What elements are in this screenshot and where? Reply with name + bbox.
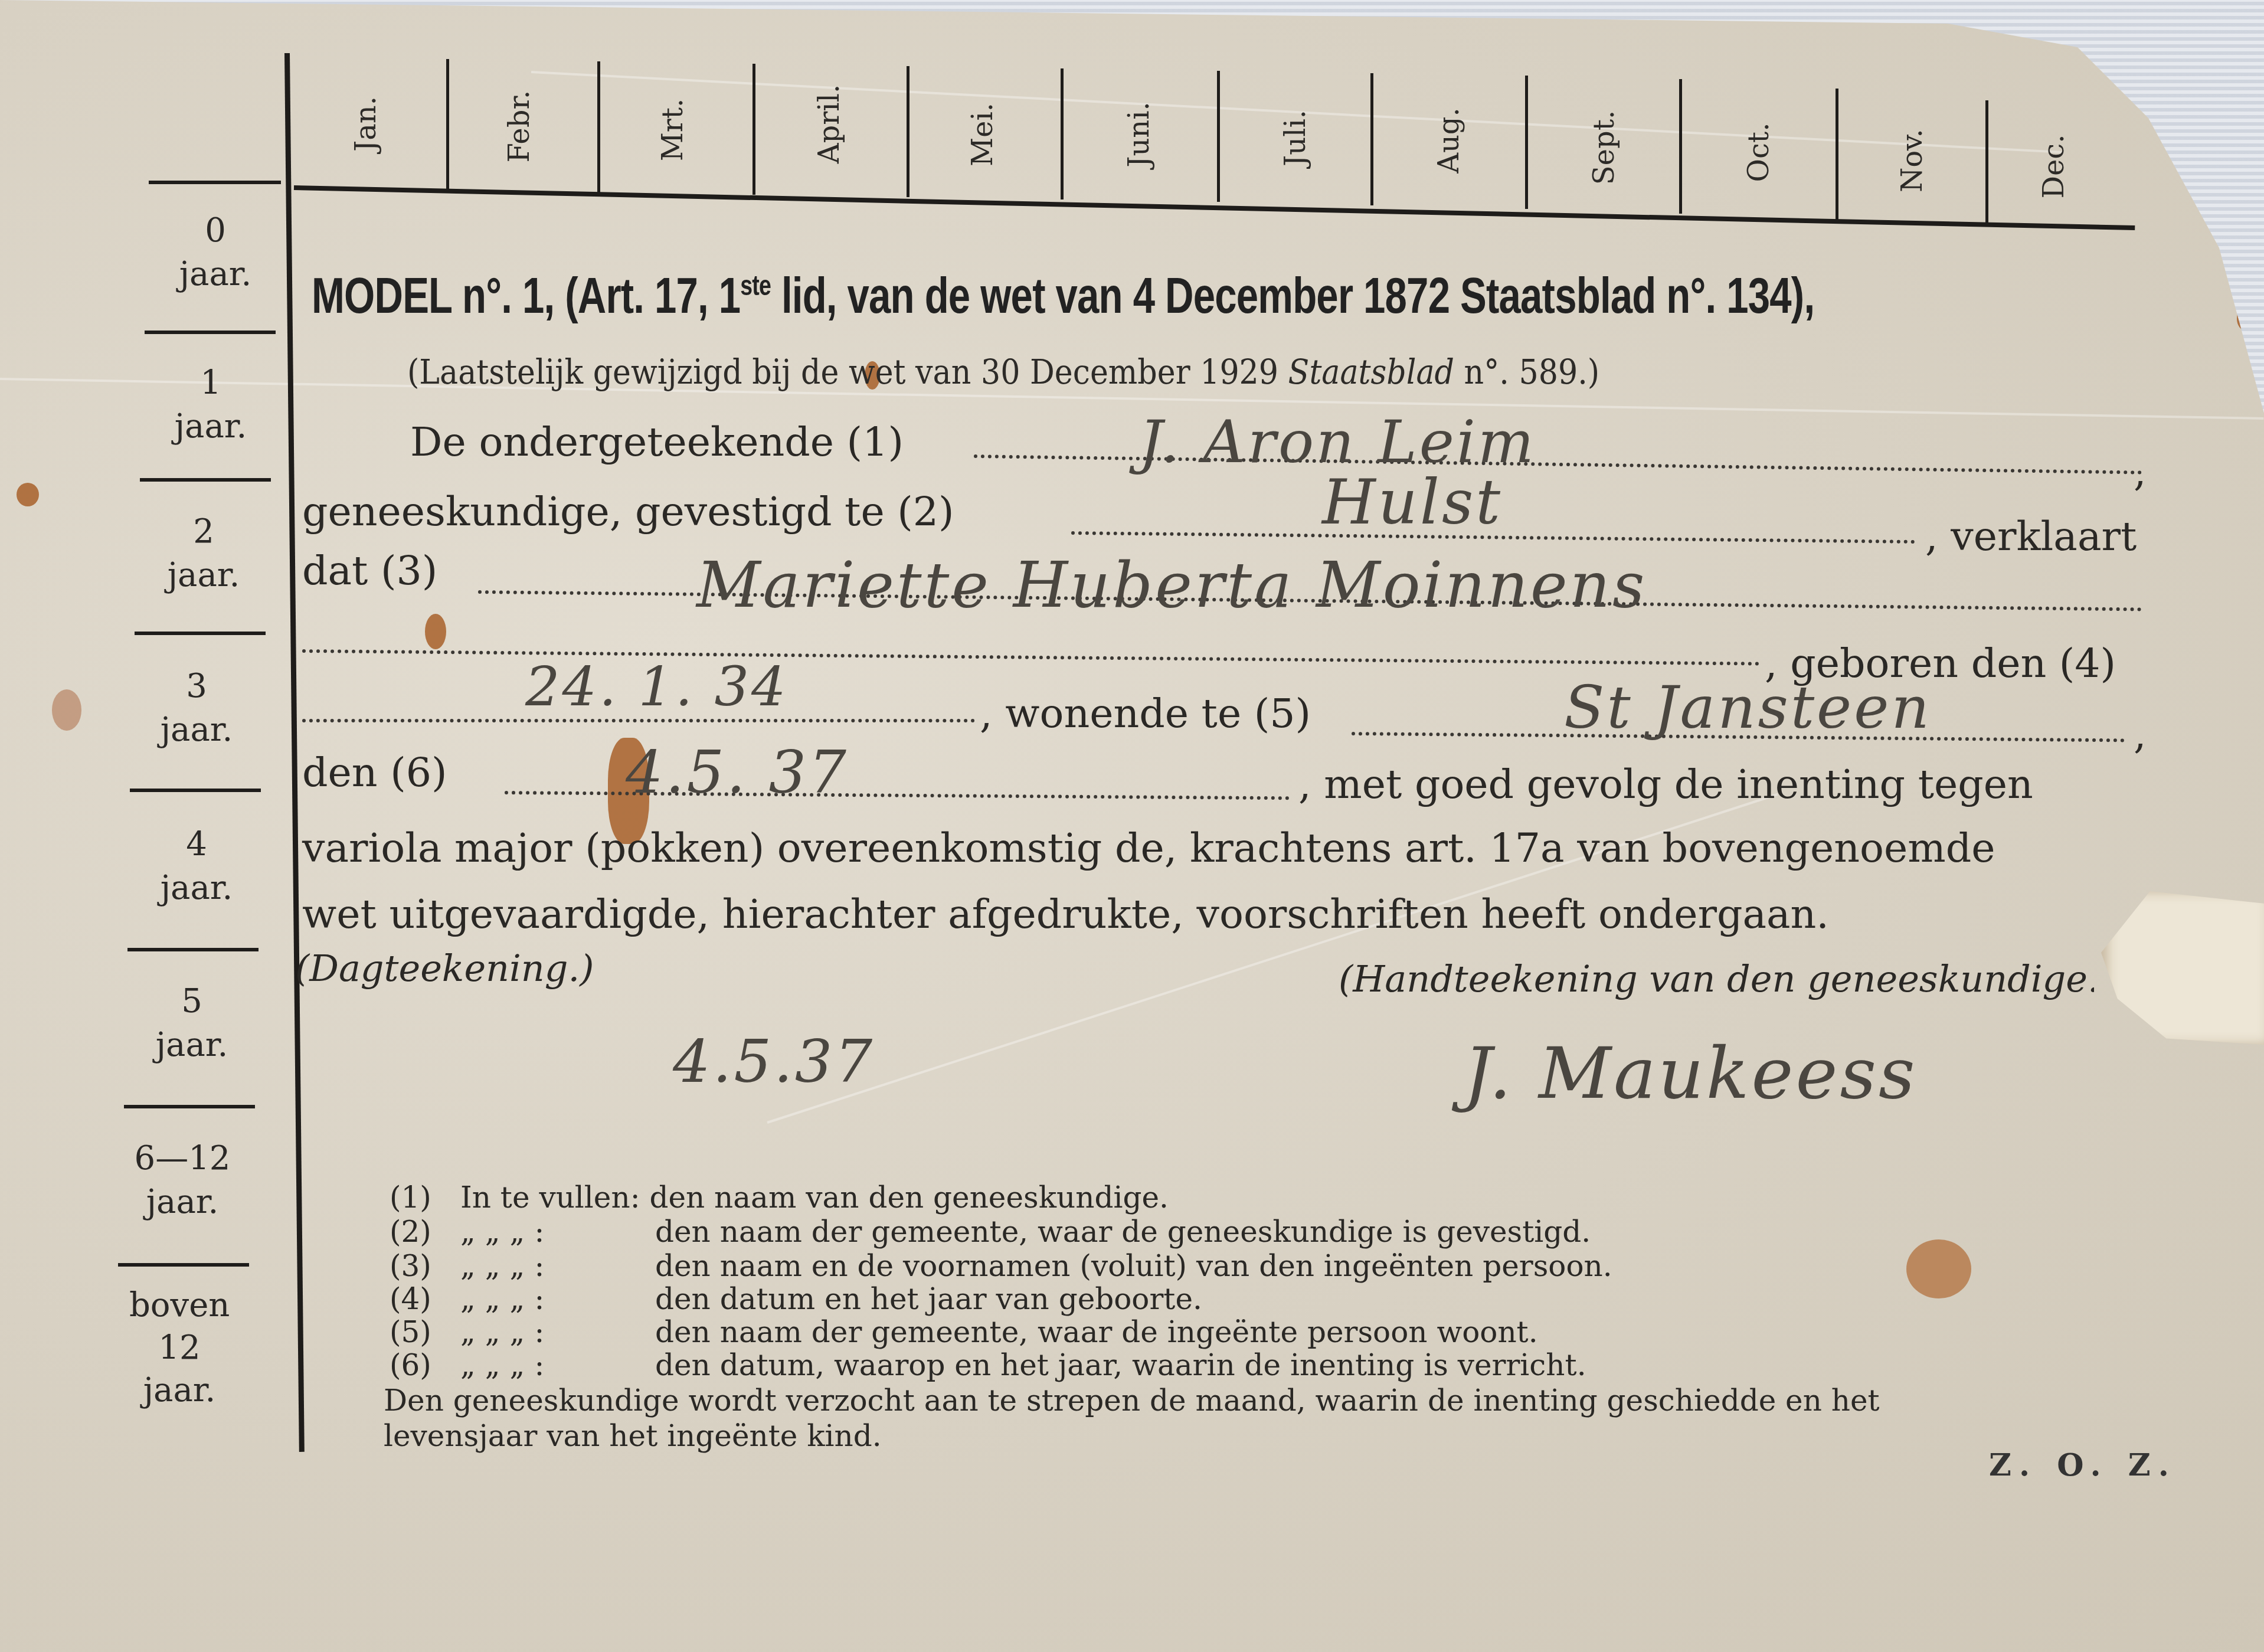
month-divider <box>446 59 449 190</box>
rust-stain <box>425 614 446 649</box>
month-nov: Nov. <box>1889 96 1936 225</box>
age-3: 3jaar. <box>123 665 270 752</box>
fill-line <box>302 649 1760 666</box>
month-apr: April. <box>806 59 853 189</box>
month-divider <box>597 61 600 192</box>
age-5: 5jaar. <box>118 980 266 1067</box>
vaccinee-label: dat (3) <box>302 548 437 594</box>
month-dec: Dec. <box>2030 102 2077 231</box>
residence-label: , wonende te (5) <box>980 691 1311 737</box>
turn-over-marker: Z. O. Z. <box>1989 1447 2177 1483</box>
age-row-divider <box>149 181 281 184</box>
vaccination-date-label: den (6) <box>302 750 447 796</box>
torn-paper-area <box>2101 891 2264 1045</box>
month-divider <box>1836 89 1838 220</box>
statement-line-8: wet uitgevaardigde, hierachter afgedrukt… <box>302 891 1829 938</box>
footnote-1: (1)In te vullen: den naam van den genees… <box>390 1180 1169 1215</box>
birth-date-handwritten: 24. 1. 34 <box>525 655 789 718</box>
fill-line <box>302 719 975 722</box>
rust-stain <box>17 483 39 506</box>
age-over-12: boven 12jaar. <box>109 1284 250 1412</box>
line5-comma: , <box>2134 711 2147 758</box>
vaccinee-name-handwritten: Mariette Huberta Moinnens <box>696 549 1647 621</box>
success-statement: , met goed gevolg de inenting tegen <box>1298 761 2033 808</box>
month-divider <box>1217 71 1220 202</box>
physician-signature: J. Maukeess <box>1464 1033 1918 1115</box>
vaccination-certificate: Jan. Febr. Mrt. April. Mei. Juni. Juli. … <box>0 0 2264 1652</box>
month-divider <box>907 66 909 197</box>
age-2: 2jaar. <box>130 510 277 597</box>
age-row-divider <box>130 789 261 792</box>
month-divider <box>1061 68 1064 199</box>
age-row-divider <box>124 1105 255 1108</box>
age-row-divider <box>118 1263 249 1267</box>
footnote-3: (3)„ „ „ :den naam en de voornamen (volu… <box>390 1249 1612 1283</box>
physician-label: De ondergeteekende (1) <box>410 419 904 466</box>
signature-caption: (Handteekening van den geneeskundige.) <box>1339 957 2094 1000</box>
practice-location-handwritten: Hulst <box>1322 466 1503 538</box>
rust-stain <box>1906 1239 1971 1298</box>
verklaart-label: , verklaart <box>1925 513 2137 560</box>
footnote-4: (4)„ „ „ :den datum en het jaar van gebo… <box>390 1282 1202 1316</box>
statement-line-7: variola major (pokken) overeenkomstig de… <box>302 825 1995 872</box>
age-row-divider <box>145 331 276 334</box>
month-divider <box>1679 79 1682 214</box>
footnote-6: (6)„ „ „ :den datum, waarop en het jaar,… <box>390 1348 1586 1382</box>
form-subtitle: (Laatstelijk gewijzigd bij de wet van 30… <box>407 352 1599 392</box>
residence-handwritten: St Jansteen <box>1564 673 1932 742</box>
rust-stain <box>52 689 81 731</box>
date-caption: (Dagteekening.) <box>295 947 594 990</box>
month-jun: Juni. <box>1115 70 1163 199</box>
month-header-rule <box>294 185 2135 230</box>
month-divider <box>753 64 755 195</box>
issue-date-handwritten: 4.5.37 <box>673 1027 875 1096</box>
instruction-line-1: Den geneeskundige wordt verzocht aan te … <box>384 1383 1880 1418</box>
month-jan: Jan. <box>342 59 390 189</box>
age-0: 0jaar. <box>142 209 289 296</box>
footnote-2: (2)„ „ „ :den naam der gemeente, waar de… <box>390 1215 1591 1249</box>
age-row-divider <box>127 948 259 951</box>
age-1: 1jaar. <box>137 361 284 449</box>
month-oct: Oct. <box>1735 87 1782 217</box>
age-row-divider <box>140 478 271 482</box>
month-feb: Febr. <box>496 61 543 191</box>
month-divider <box>1525 76 1528 209</box>
age-4: 4jaar. <box>123 823 270 910</box>
month-divider <box>1985 100 1988 225</box>
age-6-12: 6—12jaar. <box>109 1137 256 1224</box>
practice-location-label: geneeskundige, gevestigd te (2) <box>302 489 954 535</box>
vaccination-date-handwritten: 4.5. 37 <box>626 738 849 807</box>
form-title: MODEL n°. 1, (Art. 17, 1ste lid, van de … <box>312 267 1814 325</box>
month-divider <box>1370 73 1373 205</box>
month-mar: Mrt. <box>649 65 696 195</box>
line1-comma: , <box>2134 449 2147 495</box>
month-may: Mei. <box>959 70 1006 199</box>
month-jul: Juli. <box>1272 73 1319 203</box>
month-aug: Aug. <box>1425 76 1473 205</box>
age-row-divider <box>135 632 266 635</box>
footnote-5: (5)„ „ „ :den naam der gemeente, waar de… <box>390 1315 1538 1349</box>
instruction-line-2: levensjaar van het ingeënte kind. <box>384 1419 882 1453</box>
month-sep: Sept. <box>1581 83 1628 212</box>
